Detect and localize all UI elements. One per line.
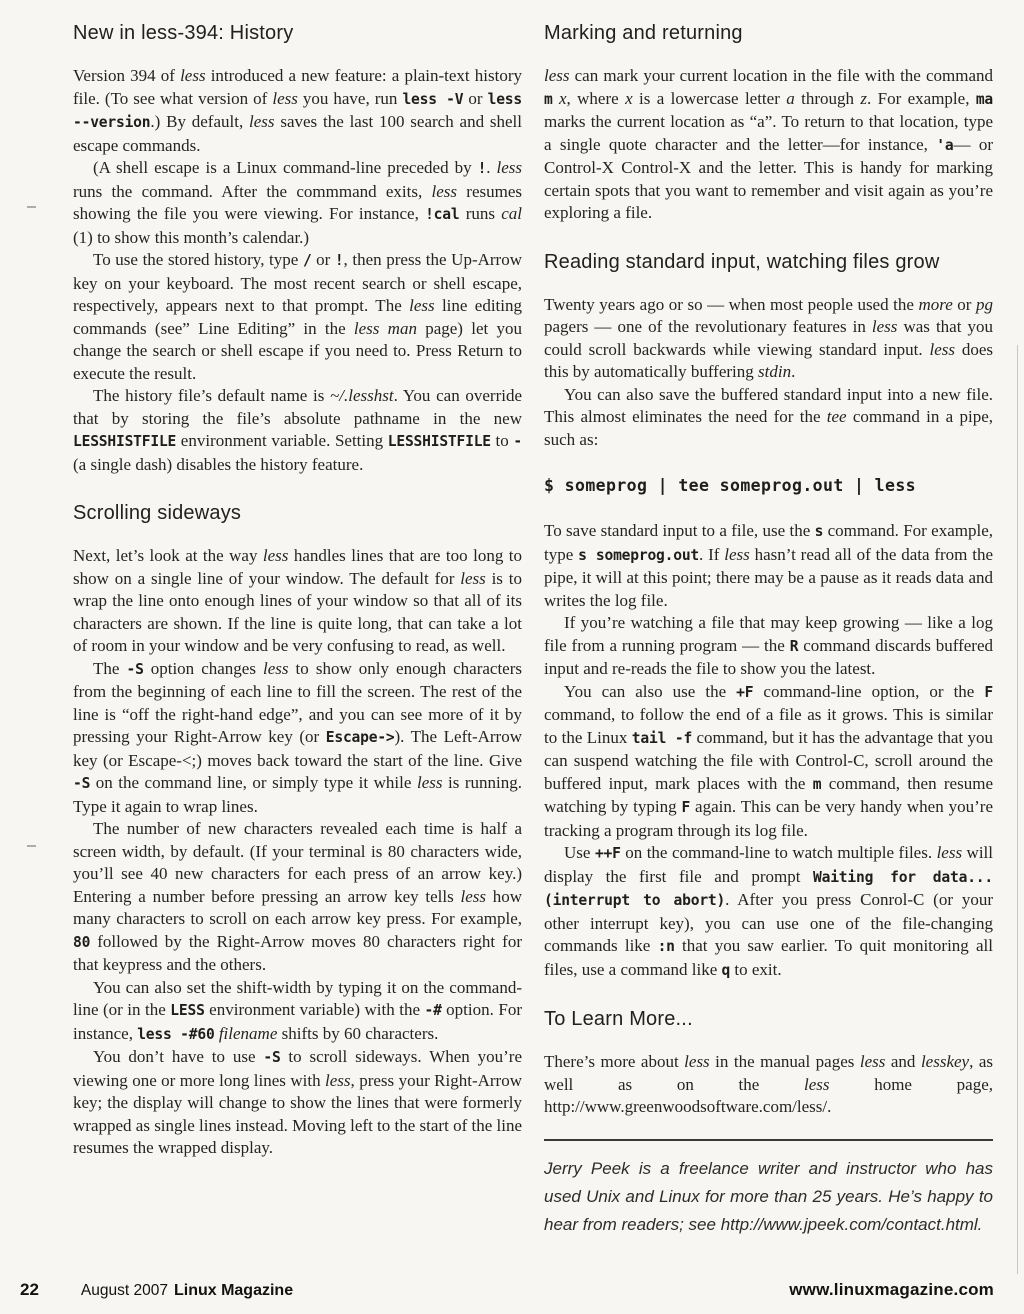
inline-code: tail -f xyxy=(632,730,692,747)
italic-text: less man xyxy=(354,319,417,338)
inline-code: - xyxy=(513,433,522,450)
inline-code: / xyxy=(303,252,312,269)
text-run: or xyxy=(463,89,487,108)
inline-code: !cal xyxy=(425,206,459,223)
text-run: you have, run xyxy=(298,89,403,108)
inline-code: s xyxy=(815,523,824,540)
text-run: (A shell escape is a Linux command-line … xyxy=(93,158,478,177)
inline-code: F xyxy=(682,799,691,816)
section-heading: Scrolling sideways xyxy=(73,502,522,525)
text-run: shifts by 60 characters. xyxy=(277,1024,438,1043)
section-heading: New in less-394: History xyxy=(73,22,522,45)
inline-code: less -V xyxy=(402,91,463,108)
text-run: The number of new characters revealed ea… xyxy=(73,819,522,906)
paragraph: There’s more about less in the manual pa… xyxy=(544,1051,993,1119)
text-run: (a single dash) disables the history fea… xyxy=(73,455,363,474)
text-run: environment variable) with the xyxy=(205,1000,425,1019)
text-run: on the command line, or simply type it w… xyxy=(90,773,417,792)
italic-text: less xyxy=(325,1071,351,1090)
scan-artifact-line xyxy=(1017,345,1018,1274)
text-run: to exit. xyxy=(730,960,781,979)
page-footer: 22 August 2007 Linux Magazine www.linuxm… xyxy=(20,1280,994,1300)
magazine-website: www.linuxmagazine.com xyxy=(789,1280,994,1300)
inline-code: ma xyxy=(976,91,993,108)
italic-text: less xyxy=(860,1052,886,1071)
inline-code: ! xyxy=(335,252,344,269)
paragraph: To use the stored history, type / or !, … xyxy=(73,249,522,385)
italic-text: less xyxy=(417,773,443,792)
italic-text: cal xyxy=(501,204,522,223)
italic-text: lesskey xyxy=(921,1052,969,1071)
paragraph: The number of new characters revealed ea… xyxy=(73,818,522,977)
text-run: To use the stored history, type xyxy=(93,250,303,269)
italic-text: filename xyxy=(219,1024,278,1043)
text-run: in the manual pages xyxy=(710,1052,860,1071)
italic-text: less xyxy=(432,182,458,201)
inline-code: -S xyxy=(126,661,143,678)
text-run: Jerry Peek is a freelance writer and ins… xyxy=(544,1159,993,1234)
italic-text: less xyxy=(263,659,289,678)
inline-code: +F xyxy=(736,684,753,701)
paragraph: You can also set the shift-width by typi… xyxy=(73,977,522,1047)
author-bio: Jerry Peek is a freelance writer and ins… xyxy=(544,1155,993,1239)
inline-code: Escape-> xyxy=(326,729,395,746)
text-run: . xyxy=(486,158,496,177)
paragraph: less can mark your current location in t… xyxy=(544,65,993,225)
italic-text: ~/.lesshst xyxy=(330,386,394,405)
text-run: The xyxy=(93,659,126,678)
text-run: to xyxy=(491,431,513,450)
inline-code: LESSHISTFILE xyxy=(73,433,176,450)
text-run: Twenty years ago or so — when most peopl… xyxy=(544,295,918,314)
inline-code: q xyxy=(722,962,731,979)
inline-code: s someprog.out xyxy=(578,547,699,564)
text-run: option changes xyxy=(144,659,263,678)
inline-code: ! xyxy=(478,160,487,177)
text-run: , where xyxy=(567,89,626,108)
italic-text: less xyxy=(249,112,275,131)
text-run: You can also use the xyxy=(564,682,736,701)
text-run: and xyxy=(885,1052,921,1071)
italic-text: less xyxy=(544,66,570,85)
inline-code: -S xyxy=(73,775,90,792)
divider-rule xyxy=(544,1139,993,1141)
italic-text: less xyxy=(497,158,523,177)
paragraph: The -S option changes less to show only … xyxy=(73,658,522,819)
text-run: Next, let’s look at the way xyxy=(73,546,263,565)
italic-text: less xyxy=(460,569,486,588)
inline-code: F xyxy=(984,684,993,701)
text-run: The history file’s default name is xyxy=(93,386,330,405)
text-run: pagers — one of the revolutionary featur… xyxy=(544,317,872,336)
text-run: (1) to show this month’s calendar.) xyxy=(73,228,309,247)
text-run: marks the current location as “a”. To re… xyxy=(544,112,993,154)
inline-code: LESS xyxy=(170,1002,204,1019)
paragraph: To save standard input to a file, use th… xyxy=(544,520,993,612)
italic-text: less xyxy=(272,89,298,108)
italic-text: z xyxy=(860,89,867,108)
italic-text: less xyxy=(929,340,955,359)
code-block: $ someprog | tee someprog.out | less xyxy=(544,476,993,495)
magazine-name: Linux Magazine xyxy=(174,1282,293,1300)
section-heading: Reading standard input, watching files g… xyxy=(544,251,993,274)
inline-code: less -#60 xyxy=(137,1026,214,1043)
italic-text: less xyxy=(684,1052,710,1071)
italic-text: less xyxy=(872,317,898,336)
italic-text: tee xyxy=(827,407,847,426)
text-run: is a lowercase letter xyxy=(633,89,787,108)
text-run: There’s more about xyxy=(544,1052,684,1071)
text-run: environment variable. Setting xyxy=(176,431,388,450)
italic-text: x xyxy=(559,89,567,108)
inline-code: LESSHISTFILE xyxy=(388,433,491,450)
paragraph: Twenty years ago or so — when most peopl… xyxy=(544,294,993,384)
article-columns: New in less-394: HistoryVersion 394 of l… xyxy=(73,18,993,1239)
paragraph: Next, let’s look at the way less handles… xyxy=(73,545,522,658)
italic-text: pg xyxy=(976,295,993,314)
inline-code: 80 xyxy=(73,934,90,951)
scan-artifact-mark xyxy=(27,845,36,847)
paragraph: Use ++F on the command-line to watch mul… xyxy=(544,842,993,982)
section-heading: Marking and returning xyxy=(544,22,993,45)
inline-code: :n xyxy=(658,938,675,955)
text-run: . If xyxy=(699,545,724,564)
italic-text: a xyxy=(786,89,795,108)
text-run: Use xyxy=(564,843,595,862)
paragraph: You can also save the buffered standard … xyxy=(544,384,993,452)
text-run: .) By default, xyxy=(150,112,249,131)
text-run: command-line option, or the xyxy=(753,682,984,701)
text-run: runs xyxy=(459,204,501,223)
text-run: through xyxy=(795,89,861,108)
paragraph: (A shell escape is a Linux command-line … xyxy=(73,157,522,249)
paragraph: The history file’s default name is ~/.le… xyxy=(73,385,522,476)
italic-text: less xyxy=(180,66,206,85)
inline-code: -S xyxy=(263,1049,280,1066)
italic-text: less xyxy=(263,546,289,565)
text-run: . xyxy=(791,362,795,381)
paragraph: You don’t have to use -S to scroll sidew… xyxy=(73,1046,522,1160)
text-run: followed by the Right-Arrow moves 80 cha… xyxy=(73,932,522,975)
section-heading: To Learn More... xyxy=(544,1008,993,1031)
inline-code: -# xyxy=(424,1002,441,1019)
text-run: Version 394 of xyxy=(73,66,180,85)
inline-code: 'a xyxy=(936,137,953,154)
text-run: on the command-line to watch multiple fi… xyxy=(621,843,937,862)
italic-text: x xyxy=(625,89,633,108)
italic-text: less xyxy=(460,887,486,906)
column: New in less-394: HistoryVersion 394 of l… xyxy=(73,18,522,1239)
paragraph: Version 394 of less introduced a new fea… xyxy=(73,65,522,157)
italic-text: less xyxy=(724,545,750,564)
italic-text: more xyxy=(918,295,952,314)
text-run: You don’t have to use xyxy=(93,1047,263,1066)
column: Marking and returningless can mark your … xyxy=(544,18,993,1239)
text-run: or xyxy=(312,250,335,269)
text-run: . For example, xyxy=(867,89,976,108)
paragraph: If you’re watching a file that may keep … xyxy=(544,612,993,681)
italic-text: stdin xyxy=(758,362,791,381)
page-number: 22 xyxy=(20,1280,39,1300)
inline-code: ++F xyxy=(595,845,621,862)
text-run: can mark your current location in the fi… xyxy=(570,66,994,85)
italic-text: less xyxy=(409,296,435,315)
paragraph: You can also use the +F command-line opt… xyxy=(544,681,993,843)
italic-text: less xyxy=(804,1075,830,1094)
issue-date: August 2007 xyxy=(81,1282,168,1300)
text-run: To save standard input to a file, use th… xyxy=(544,521,815,540)
text-run: or xyxy=(953,295,976,314)
text-run: runs the command. After the commmand exi… xyxy=(73,182,432,201)
italic-text: less xyxy=(937,843,963,862)
magazine-page: New in less-394: HistoryVersion 394 of l… xyxy=(0,0,1024,1314)
scan-artifact-mark xyxy=(27,206,36,208)
inline-code: m xyxy=(544,91,553,108)
